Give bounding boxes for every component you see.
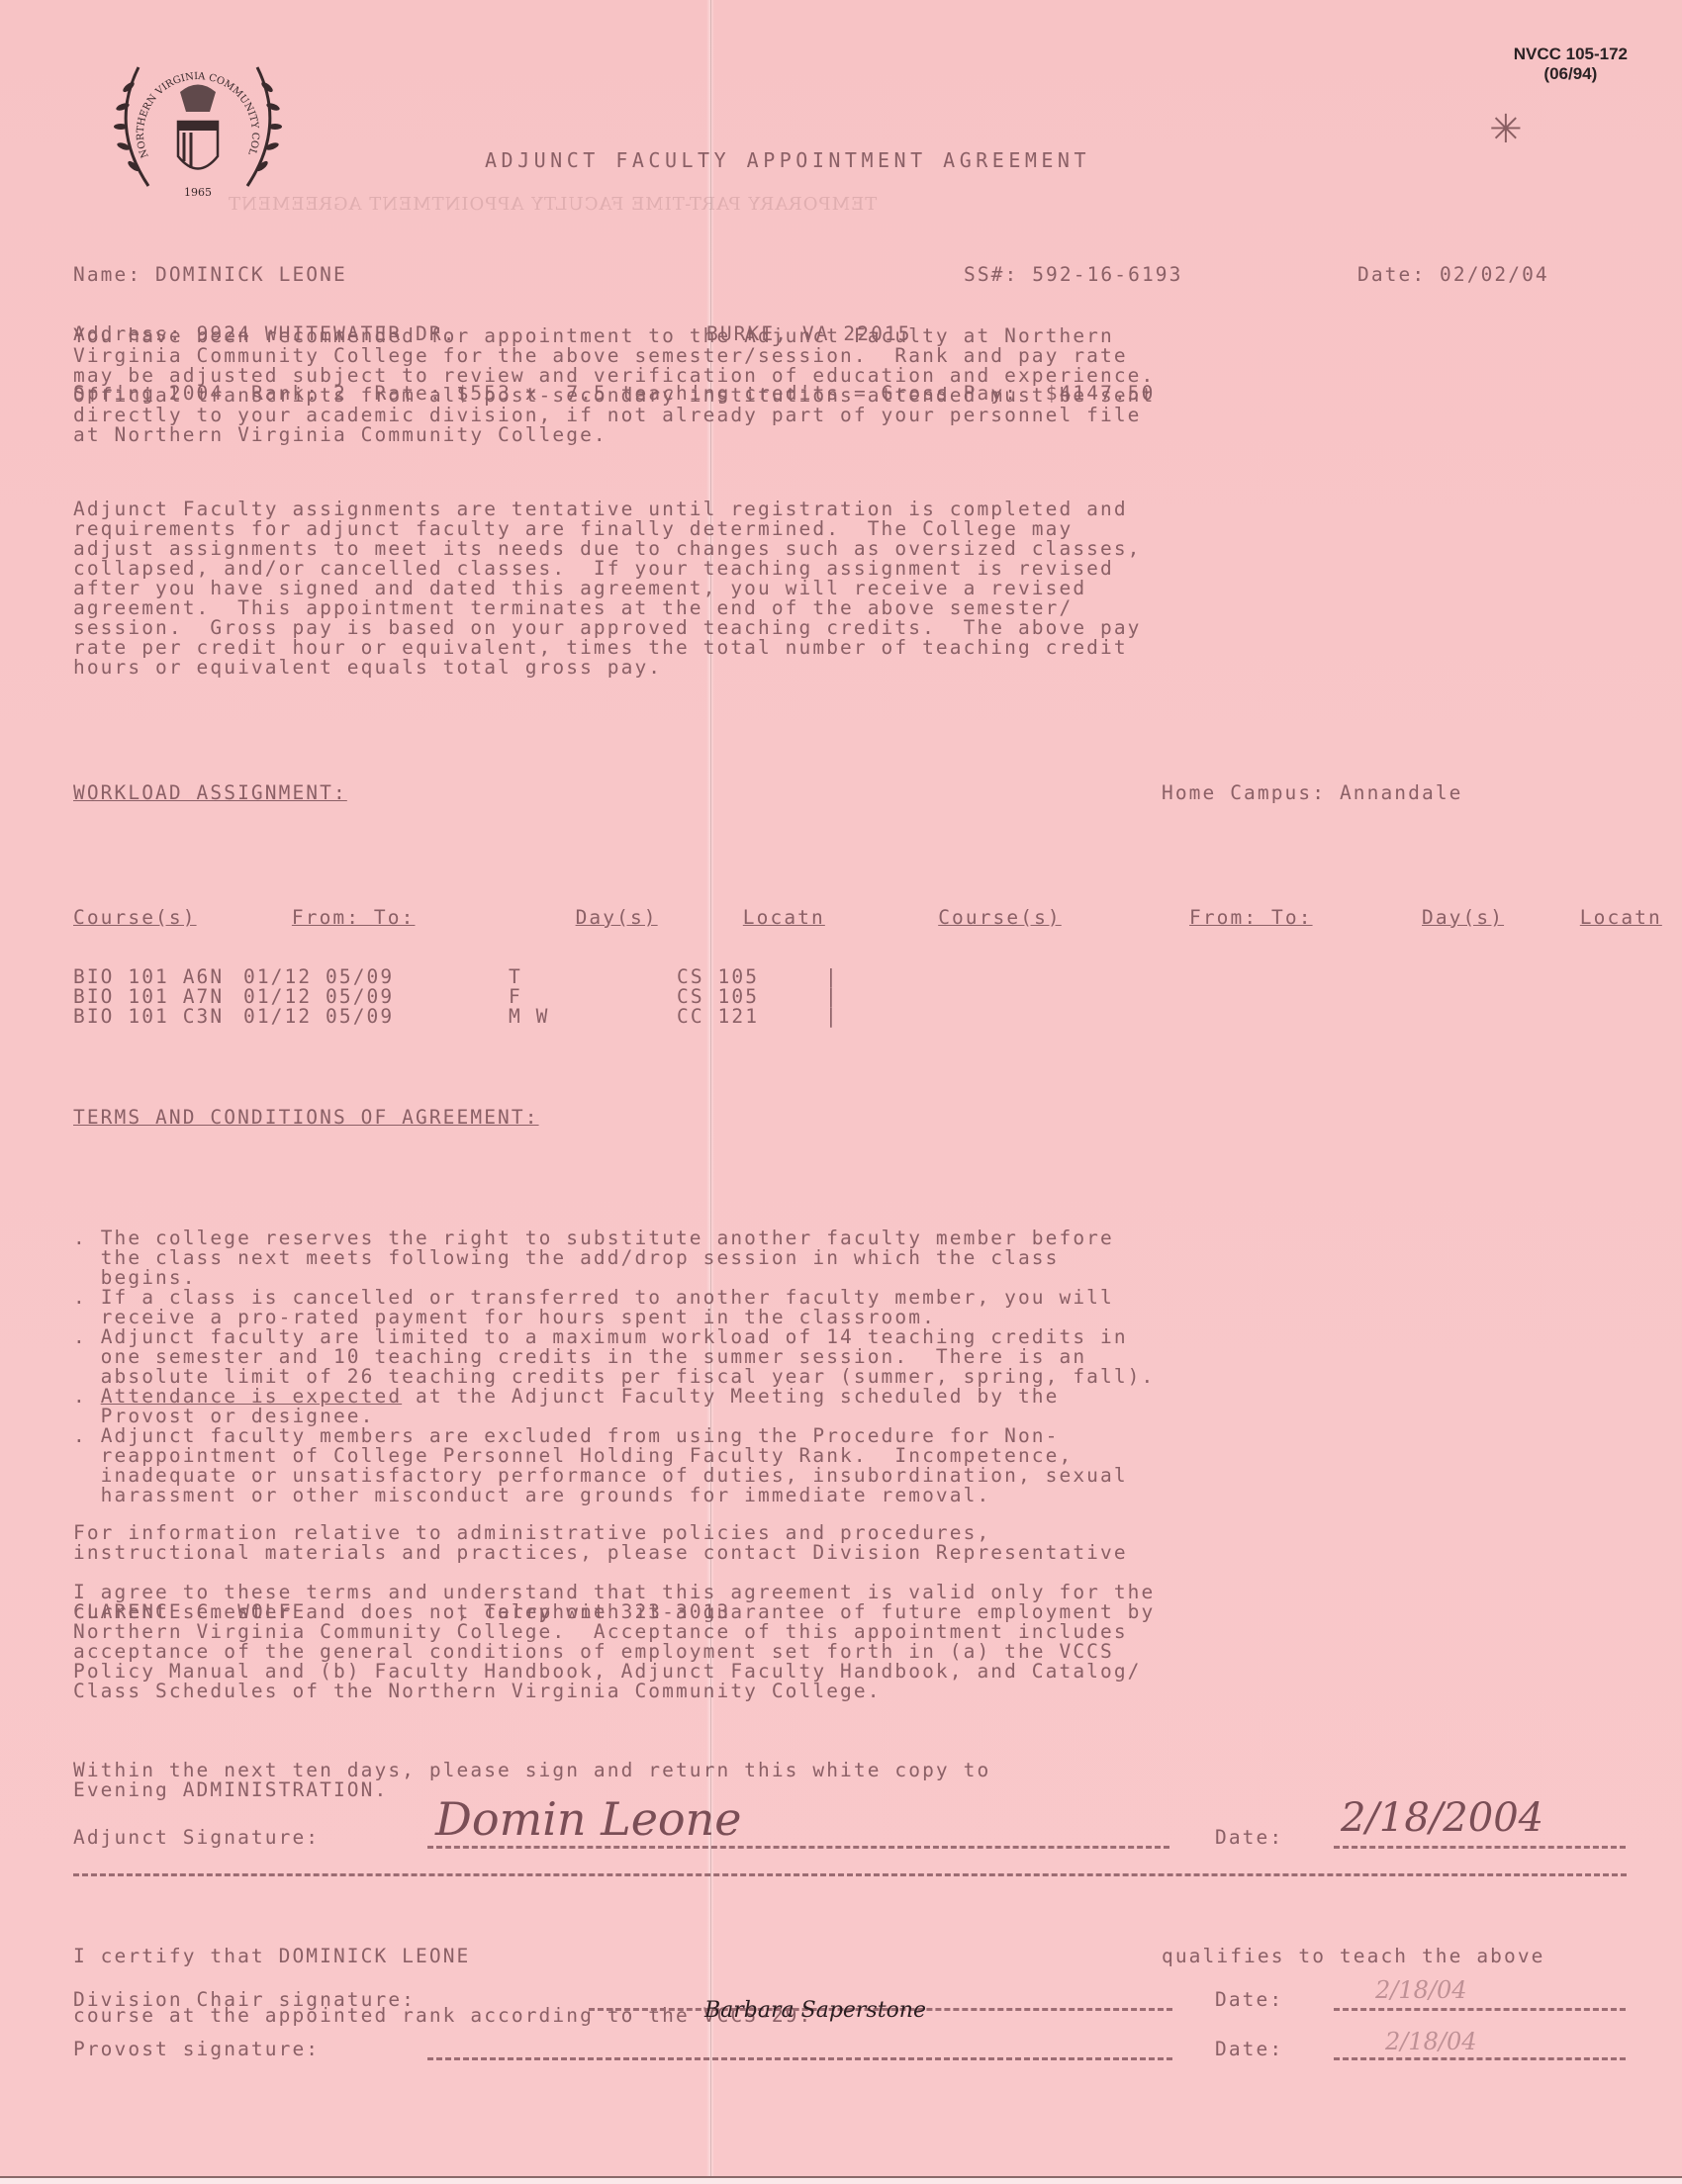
name-row: Name: DOMINICK LEONESS#: 592-16-6193Date…: [73, 265, 1155, 285]
chair-signature-label: Division Chair signature:: [73, 1990, 416, 2010]
paragraph-line: agreement. This appointment terminates a…: [73, 598, 1142, 618]
paragraph-line: Class Schedules of the Northern Virginia…: [73, 1682, 1155, 1701]
paragraph-line: requirements for adjunct faculty are fin…: [73, 519, 1142, 539]
workload-section: WORKLOAD ASSIGNMENT:Home Campus: Annanda…: [73, 744, 1617, 1046]
bleed-through-text: TEMPORARY PART-TIME FACULTY APPOINTMENT …: [228, 194, 877, 215]
table-cell: BIO 101 C3N: [73, 1007, 224, 1027]
terms-item: . Attendance is expected at the Adjunct …: [73, 1387, 1155, 1407]
paragraph-line: Virginia Community College for the above…: [73, 346, 1155, 366]
form-number: NVCC 105-172 (06/94): [1514, 45, 1628, 84]
agreement-paragraph: I agree to these terms and understand th…: [73, 1583, 1155, 1701]
terms-list: . The college reserves the right to subs…: [73, 1228, 1155, 1505]
recommendation-paragraph: You have been recommended for appointmen…: [73, 326, 1155, 445]
table-cell: BIO 101 A6N: [73, 967, 224, 987]
chair-date-field[interactable]: [1334, 2008, 1626, 2011]
table-cell: F: [509, 987, 522, 1007]
paragraph-line: collapsed, and/or cancelled classes. If …: [73, 559, 1142, 579]
table-cell: CS 105: [677, 987, 759, 1007]
date-label: Date:: [1357, 263, 1426, 286]
paragraph-line: adjust assignments to meet its needs due…: [73, 539, 1142, 559]
terms-item: begins.: [73, 1268, 1155, 1288]
provost-signature: Barbara Saperstone: [704, 1998, 926, 2023]
paragraph-line: current semester and does not carry with…: [73, 1602, 1155, 1622]
home-campus-label: Home Campus:: [1162, 781, 1326, 804]
table-cell: 01/12 05/09: [243, 987, 394, 1007]
terms-item: . Adjunct faculty members are excluded f…: [73, 1426, 1155, 1446]
column-header: Day(s): [576, 908, 658, 928]
chair-date-label: Date:: [1215, 1990, 1283, 2010]
table-cell: M W: [509, 1007, 550, 1027]
svg-text:1965: 1965: [184, 186, 212, 199]
table-row: BIO 101 A6N01/12 05/09TCS 105|: [73, 967, 1617, 987]
paragraph-line: hours or equivalent equals total gross p…: [73, 658, 1142, 678]
paragraph-line: I agree to these terms and understand th…: [73, 1583, 1155, 1602]
column-header: Course(s): [73, 908, 197, 928]
workload-heading: WORKLOAD ASSIGNMENT:: [73, 781, 347, 804]
terms-item: . The college reserves the right to subs…: [73, 1228, 1155, 1248]
adjunct-signature-field[interactable]: [427, 1846, 1169, 1849]
table-cell: |: [825, 1007, 839, 1027]
name-value: DOMINICK LEONE: [155, 263, 347, 286]
document-title: ADJUNCT FACULTY APPOINTMENT AGREEMENT: [485, 148, 1090, 172]
paragraph-line: Northern Virginia Community College. Acc…: [73, 1622, 1155, 1642]
terms-item: . If a class is cancelled or transferred…: [73, 1288, 1155, 1308]
table-cell: |: [825, 967, 839, 987]
column-header: Course(s): [938, 908, 1062, 928]
adjunct-signature-label: Adjunct Signature:: [73, 1828, 320, 1848]
column-header: Day(s): [1422, 908, 1504, 928]
name-label: Name:: [73, 263, 141, 286]
paragraph-line: Adjunct Faculty assignments are tentativ…: [73, 500, 1142, 519]
table-cell: 01/12 05/09: [243, 1007, 394, 1027]
certify-statement: I certify that DOMINICK LEONEqualifies t…: [73, 1907, 812, 2046]
paragraph-line: may be adjusted subject to review and ve…: [73, 366, 1155, 386]
paragraph-line: at Northern Virginia Community College.: [73, 425, 1155, 445]
table-row: BIO 101 A7N01/12 05/09FCS 105|: [73, 987, 1617, 1007]
home-campus-value: Annandale: [1340, 781, 1463, 804]
assignment-paragraph: Adjunct Faculty assignments are tentativ…: [73, 500, 1142, 678]
chair-date-value: 2/18/04: [1375, 1976, 1467, 2004]
paragraph-line: Within the next ten days, please sign an…: [73, 1761, 990, 1780]
form-number-text: NVCC 105-172: [1514, 45, 1628, 64]
terms-section: TERMS AND CONDITIONS OF AGREEMENT: . The…: [73, 1068, 1155, 1525]
table-cell: T: [509, 967, 522, 987]
certify-prefix: I certify that: [73, 1945, 265, 1967]
terms-item: Provost or designee.: [73, 1407, 1155, 1426]
terms-item: reappointment of College Personnel Holdi…: [73, 1446, 1155, 1466]
paragraph-line: session. Gross pay is based on your appr…: [73, 618, 1142, 638]
paragraph-line: rate per credit hour or equivalent, time…: [73, 638, 1142, 658]
column-header: Locatn: [1580, 908, 1662, 928]
college-seal-icon: 1965 NORTHERN VIRGINIA COMMUNITY COLLEGE: [99, 47, 297, 206]
provost-signature-label: Provost signature:: [73, 2040, 320, 2059]
column-header: From: To:: [292, 908, 416, 928]
paragraph-line: after you have signed and dated this agr…: [73, 579, 1142, 598]
paragraph-line: directly to your academic division, if n…: [73, 406, 1155, 425]
terms-item: the class next meets following the add/d…: [73, 1248, 1155, 1268]
asterisk-mark-icon: ✳: [1489, 107, 1523, 152]
provost-date-value: 2/18/04: [1385, 2028, 1477, 2055]
separator-line: [73, 1873, 1627, 1876]
provost-date-label: Date:: [1215, 2040, 1283, 2059]
paragraph-line: You have been recommended for appointmen…: [73, 326, 1155, 346]
terms-item: absolute limit of 26 teaching credits pe…: [73, 1367, 1155, 1387]
certify-name: DOMINICK LEONE: [279, 1945, 471, 1967]
table-cell: |: [825, 987, 839, 1007]
ssn-value: 592-16-6193: [1032, 263, 1182, 286]
provost-signature-field[interactable]: [427, 2057, 1172, 2060]
column-header: From: To:: [1189, 908, 1313, 928]
paragraph-line: Official transcripts from all post-secon…: [73, 386, 1155, 406]
table-row: BIO 101 C3N01/12 05/09M WCC 121|: [73, 1007, 1617, 1027]
form-revision: (06/94): [1514, 64, 1628, 84]
table-cell: 01/12 05/09: [243, 967, 394, 987]
svg-text:NORTHERN VIRGINIA COMMUNITY CO: NORTHERN VIRGINIA COMMUNITY COLLEGE: [99, 47, 260, 159]
terms-item: receive a pro-rated payment for hours sp…: [73, 1308, 1155, 1327]
ssn-label: SS#:: [964, 263, 1018, 286]
provost-date-field[interactable]: [1334, 2057, 1626, 2060]
certify-suffix: qualifies to teach the above: [1162, 1947, 1545, 1966]
terms-item: . Adjunct faculty are limited to a maxim…: [73, 1327, 1155, 1347]
table-cell: CC 121: [677, 1007, 759, 1027]
paragraph-line: For information relative to administrati…: [73, 1523, 1128, 1543]
terms-heading: TERMS AND CONDITIONS OF AGREEMENT:: [73, 1108, 1155, 1128]
terms-item: one semester and 10 teaching credits in …: [73, 1347, 1155, 1367]
adjunct-date-value: 2/18/2004: [1341, 1795, 1543, 1841]
workload-table: BIO 101 A6N01/12 05/09TCS 105|BIO 101 A7…: [73, 967, 1617, 1027]
date-value: 02/02/04: [1440, 263, 1549, 286]
paragraph-line: acceptance of the general conditions of …: [73, 1642, 1155, 1662]
adjunct-date-label: Date:: [1215, 1828, 1283, 1848]
paragraph-line: instructional materials and practices, p…: [73, 1543, 1128, 1563]
table-cell: CS 105: [677, 967, 759, 987]
terms-item: inadequate or unsatisfactory performance…: [73, 1466, 1155, 1486]
workload-column-headers: Course(s)From: To:Day(s)LocatnCourse(s)F…: [73, 908, 1617, 928]
column-header: Locatn: [743, 908, 825, 928]
paragraph-line: Policy Manual and (b) Faculty Handbook, …: [73, 1662, 1155, 1682]
adjunct-date-field[interactable]: [1334, 1846, 1626, 1849]
adjunct-signature: Domin Leone: [435, 1792, 741, 1846]
table-cell: BIO 101 A7N: [73, 987, 224, 1007]
